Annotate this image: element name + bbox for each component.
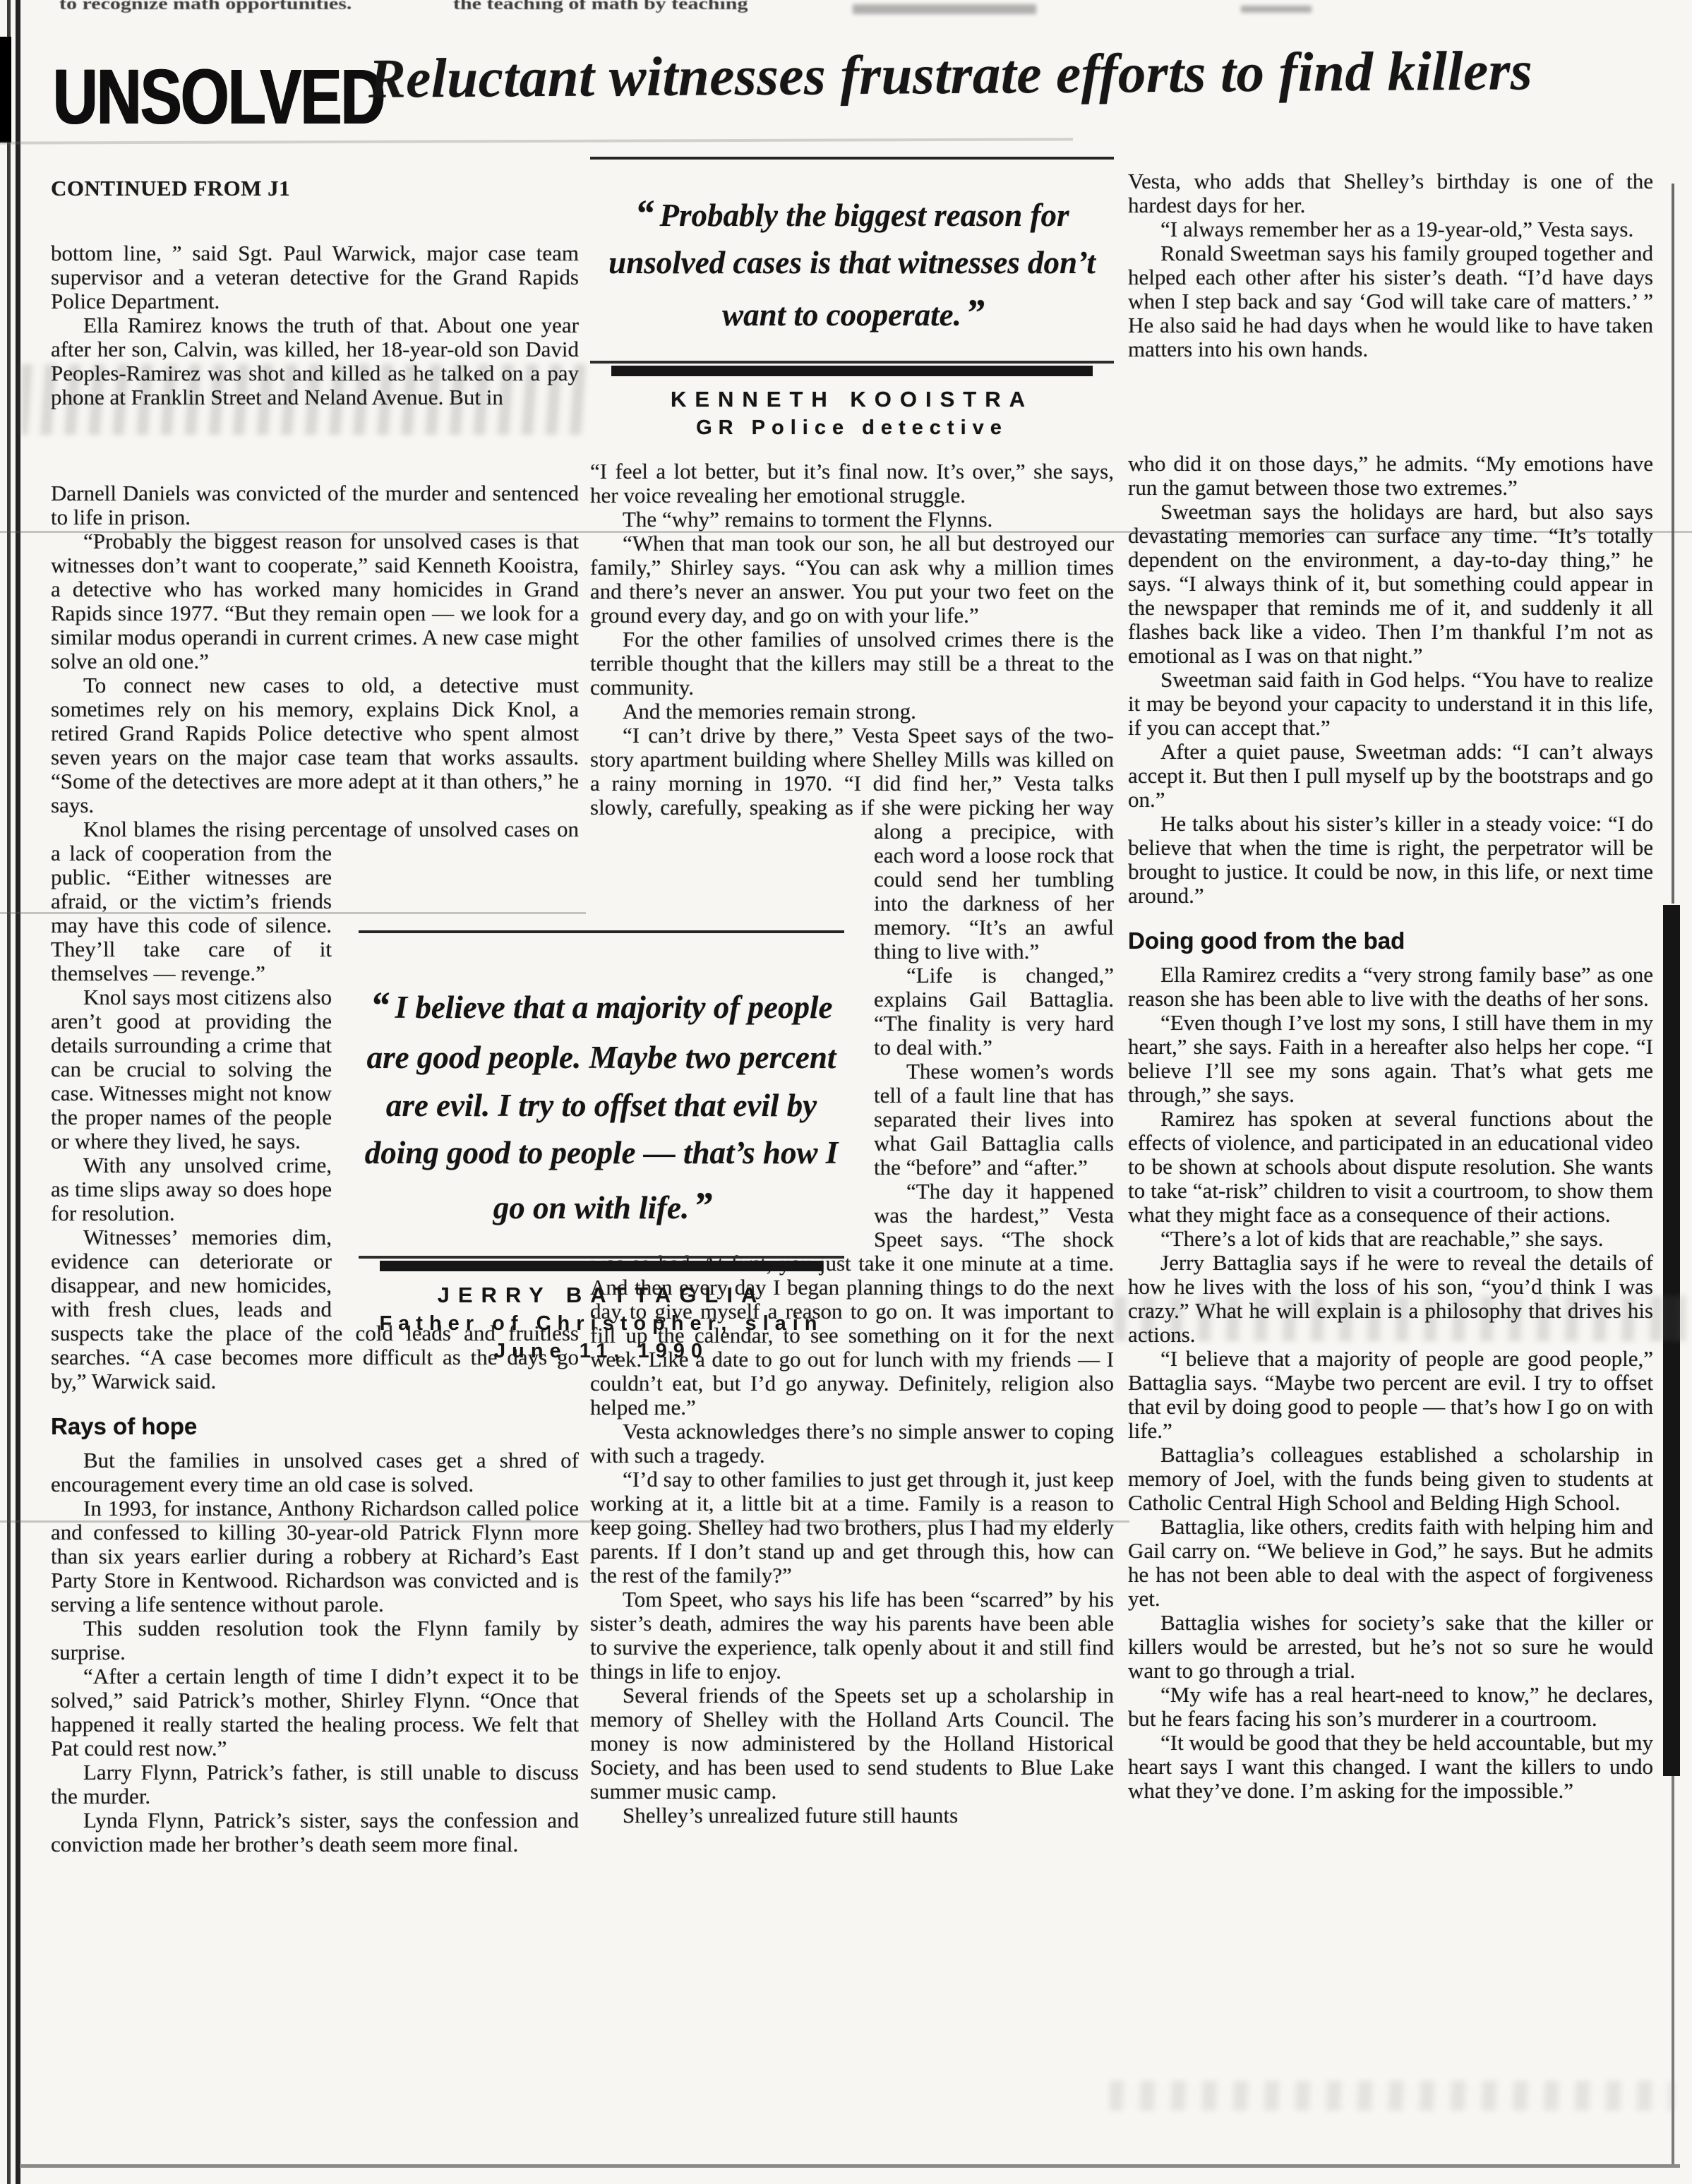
pull-quote-kooistra: “Probably the biggest reason for unsolve… [590, 157, 1114, 440]
article-paragraph: After a quiet pause, Sweetman adds: “I c… [1128, 740, 1653, 812]
article-paragraph: Sweetman said faith in God helps. “You h… [1128, 668, 1653, 740]
kicker-title: UNSOLVED [52, 52, 384, 142]
article-paragraph: Jerry Battaglia says if he were to revea… [1128, 1251, 1653, 1347]
attribution-role: Father of Christopher, slain [359, 1312, 844, 1336]
quote-body: I believe that a majority of people are … [365, 990, 838, 1225]
article-paragraph: In 1993, for instance, Anthony Richardso… [51, 1496, 579, 1616]
article-paragraph: Ronald Sweetman says his family grouped … [1128, 241, 1653, 361]
cropped-text-smudge [853, 4, 1036, 14]
attribution-date: June 11, 1990 [359, 1340, 844, 1363]
article-paragraph: He talks about his sister’s killer in a … [1128, 812, 1653, 908]
attribution-name: JERRY BATTAGLIA [359, 1283, 844, 1308]
continued-from-label: CONTINUED FROM J1 [51, 176, 579, 200]
article-paragraph: “I can’t drive by there,” Vesta Speet sa… [590, 724, 1114, 964]
section-subhead: Rays of hope [51, 1415, 579, 1439]
paragraph-segment: way along a precipice, with each word a … [874, 795, 1114, 964]
newspaper-page-scan: to recognize math opportunities. the tea… [0, 0, 1692, 2184]
article-paragraph: And the memories remain strong. [590, 700, 1114, 724]
article-paragraph: Darnell Daniels was convicted of the mur… [51, 481, 579, 529]
article-paragraph: Vesta, who adds that Shelley’s birthday … [1128, 169, 1653, 217]
cropped-text-fragment: the teaching of math by teaching [453, 0, 748, 13]
attribution-role: GR Police detective [590, 416, 1114, 440]
article-column-3: Vesta, who adds that Shelley’s birthday … [1128, 169, 1653, 1803]
cropped-text-smudge [1241, 6, 1312, 13]
scan-edge-blob [0, 37, 11, 143]
article-paragraph: But the families in unsolved cases get a… [51, 1448, 579, 1496]
article-paragraph: Ella Ramirez knows the truth of that. Ab… [51, 313, 579, 409]
article-masthead: UNSOLVED Reluctant witnesses frustrate e… [52, 42, 1662, 162]
article-paragraph: “I’d say to other families to just get t… [590, 1468, 1114, 1588]
paragraph-segment: Knol blames the rising percentage of [83, 817, 412, 841]
article-paragraph: “My wife has a real heart-need to know,”… [1128, 1683, 1653, 1731]
article-paragraph: “I feel a lot better, but it’s final now… [590, 460, 1114, 508]
article-paragraph: Battaglia wishes for society’s sake that… [1128, 1611, 1653, 1683]
article-paragraph: “It would be good that they be held acco… [1128, 1731, 1653, 1803]
attribution-rule-thin [590, 361, 1114, 364]
article-paragraph: Tom Speet, who says his life has been “s… [590, 1588, 1114, 1684]
attribution-rule-thin [359, 1256, 844, 1259]
scan-edge-line [7, 0, 11, 2184]
article-paragraph: “Even though I’ve lost my sons, I still … [1128, 1011, 1653, 1107]
quote-body: Probably the biggest reason for unsolved… [608, 198, 1096, 332]
open-quote-mark: “ [371, 984, 395, 1026]
scan-edge-line [1672, 184, 1674, 904]
article-paragraph: Ramirez has spoken at several functions … [1128, 1107, 1653, 1227]
attribution-rule-thick [380, 1261, 823, 1271]
close-quote-mark: ” [689, 1184, 709, 1227]
close-quote-mark: ” [961, 292, 982, 334]
article-paragraph: Battaglia, like others, credits faith wi… [1128, 1515, 1653, 1611]
pull-quote-text: “I believe that a majority of people are… [359, 977, 844, 1235]
article-paragraph: bottom line, ” said Sgt. Paul Warwick, m… [51, 241, 579, 313]
pull-quote-battaglia: “I believe that a majority of people are… [359, 930, 844, 1363]
article-paragraph: Battaglia’s colleagues established a sch… [1128, 1443, 1653, 1515]
article-paragraph: “When that man took our son, he all but … [590, 532, 1114, 628]
article-paragraph: “After a certain length of time I didn’t… [51, 1664, 579, 1760]
article-paragraph: who did it on those days,” he admits. “M… [1128, 452, 1653, 500]
scan-bottom-rule [20, 2164, 1680, 2168]
article-paragraph: Vesta acknowledges there’s no simple ans… [590, 1420, 1114, 1468]
pull-quote-text: “Probably the biggest reason for unsolve… [590, 186, 1114, 340]
open-quote-mark: “ [635, 192, 660, 234]
paragraph-segment: “I can’t drive by there,” Vesta Speet sa… [590, 723, 1114, 820]
article-paragraph: “Probably the biggest reason for unsolve… [51, 529, 579, 673]
article-paragraph: Lynda Flynn, Patrick’s sister, says the … [51, 1808, 579, 1856]
scan-smear [1110, 2081, 1674, 2111]
article-paragraph: Shelley’s unrealized future still haunts [590, 1804, 1114, 1828]
article-paragraph: “I always remember her as a 19-year-old,… [1128, 217, 1653, 241]
section-subhead: Doing good from the bad [1128, 929, 1653, 953]
attribution-name: KENNETH KOOISTRA [590, 388, 1114, 412]
article-paragraph: “I believe that a majority of people are… [1128, 1347, 1653, 1443]
attribution-rule-thick [611, 366, 1093, 376]
article-paragraph: To connect new cases to old, a detective… [51, 673, 579, 817]
article-paragraph: For the other families of unsolved crime… [590, 628, 1114, 700]
scan-edge-line [16, 0, 20, 2184]
article-paragraph: Several friends of the Speets set up a s… [590, 1684, 1114, 1804]
article-paragraph: This sudden resolution took the Flynn fa… [51, 1616, 579, 1664]
article-paragraph: Larry Flynn, Patrick’s father, is still … [51, 1760, 579, 1808]
cropped-text-fragment: to recognize math opportunities. [59, 0, 352, 13]
article-paragraph: The “why” remains to torment the Flynns. [590, 508, 1114, 532]
article-paragraph: Ella Ramirez credits a “very strong fami… [1128, 963, 1653, 1011]
article-paragraph: “There’s a lot of kids that are reachabl… [1128, 1227, 1653, 1251]
article-paragraph: Sweetman says the holidays are hard, but… [1128, 500, 1653, 668]
headline: Reluctant witnesses frustrate efforts to… [368, 40, 1533, 112]
